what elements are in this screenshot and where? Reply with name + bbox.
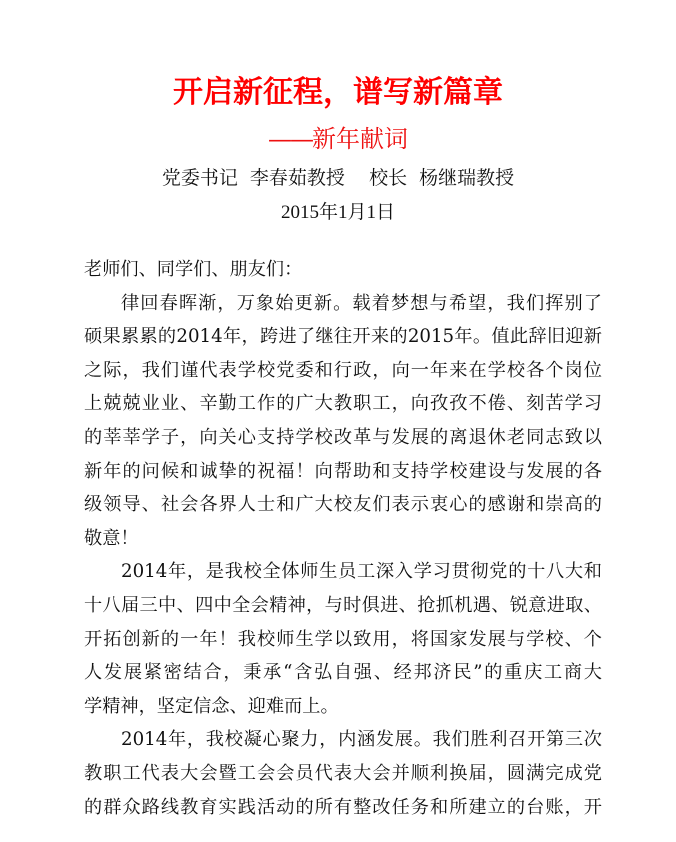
document-subtitle: ——新年献词	[0, 122, 676, 156]
paragraph-line: 的群众路线教育实践活动的所有整改任务和所建立的台账，开	[84, 791, 602, 825]
subtitle-dash: ——	[268, 125, 312, 153]
salutation: 老师们、同学们、朋友们：	[84, 253, 602, 287]
paragraph-line: 人发展紧密结合，秉承“含弘自强、经邦济民”的重庆工商大	[84, 656, 602, 690]
subtitle-text: 新年献词	[312, 125, 408, 153]
paragraph-line: 2014年，我校凝心聚力，内涵发展。我们胜利召开第三次	[84, 723, 602, 757]
paragraph-3: 2014年，我校凝心聚力，内涵发展。我们胜利召开第三次 教职工代表大会暨工会会员…	[84, 723, 602, 824]
paragraph-line: 敬意！	[84, 522, 602, 556]
paragraph-line: 律回春晖渐，万象始更新。载着梦想与希望，我们挥别了	[84, 287, 602, 321]
paragraph-line: 2014年，是我校全体师生员工深入学习贯彻党的十八大和	[84, 555, 602, 589]
paragraph-line: 教职工代表大会暨工会会员代表大会并顺利换届，圆满完成党	[84, 757, 602, 791]
paragraph-line: 开拓创新的一年！我校师生学以致用，将国家发展与学校、个	[84, 623, 602, 657]
paragraph-line: 级领导、社会各界人士和广大校友们表示衷心的感谢和崇高的	[84, 488, 602, 522]
paragraph-line: 硕果累累的2014年，跨进了继往开来的2015年。值此辞旧迎新	[84, 320, 602, 354]
document-body: 老师们、同学们、朋友们： 律回春晖渐，万象始更新。载着梦想与希望，我们挥别了 硕…	[84, 253, 602, 824]
document-authors: 党委书记 李春茹教授 校长 杨继瑞教授	[0, 164, 676, 192]
paragraph-line: 的莘莘学子，向关心支持学校改革与发展的离退休老同志致以	[84, 421, 602, 455]
document-date: 2015年1月1日	[0, 199, 676, 227]
paragraph-line: 之际，我们谨代表学校党委和行政，向一年来在学校各个岗位	[84, 354, 602, 388]
paragraph-line: 上兢兢业业、辛勤工作的广大教职工，向孜孜不倦、刻苦学习	[84, 387, 602, 421]
paragraph-2: 2014年，是我校全体师生员工深入学习贯彻党的十八大和 十八届三中、四中全会精神…	[84, 555, 602, 723]
paragraph-line: 新年的问候和诚挚的祝福！向帮助和支持学校建设与发展的各	[84, 455, 602, 489]
paragraph-line: 学精神，坚定信念、迎难而上。	[84, 690, 602, 724]
document-title: 开启新征程，谱写新篇章	[0, 74, 676, 112]
document-page: 开启新征程，谱写新篇章 ——新年献词 党委书记 李春茹教授 校长 杨继瑞教授 2…	[0, 0, 676, 842]
paragraph-1: 律回春晖渐，万象始更新。载着梦想与希望，我们挥别了 硕果累累的2014年，跨进了…	[84, 287, 602, 556]
paragraph-line: 十八届三中、四中全会精神，与时俱进、抢抓机遇、锐意进取、	[84, 589, 602, 623]
